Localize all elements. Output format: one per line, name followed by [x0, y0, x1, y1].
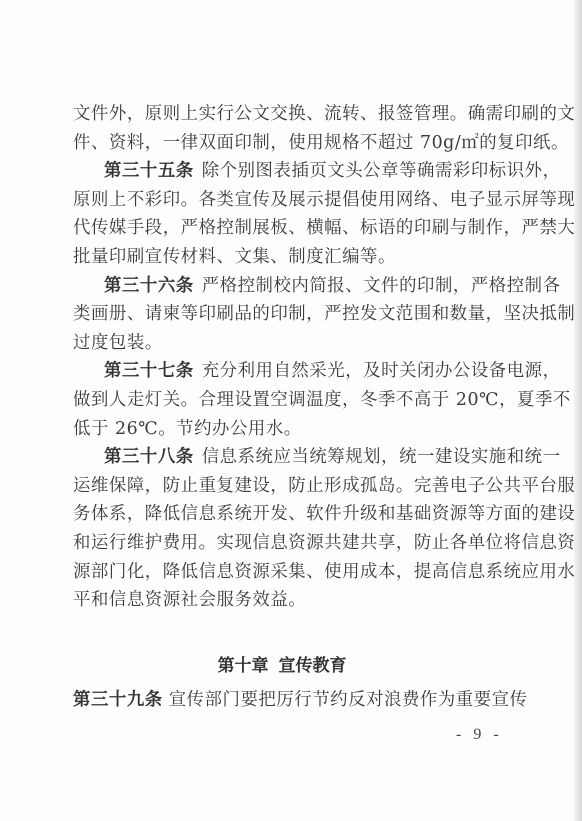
text-line: 类画册、请柬等印刷品的印制，严控发文范围和数量，坚决抵制: [73, 300, 503, 329]
article-39-first-line: 第三十九条宣传部门要把厉行节约反对浪费作为重要宣传: [73, 686, 528, 714]
article-label: 第三十五条: [104, 161, 194, 181]
text-line: 件、资料，一律双面印制，使用规格不超过 70g/㎡的复印纸。: [73, 129, 503, 158]
article-text: 充分利用自然采光，及时关闭办公设备电源，: [202, 361, 561, 381]
text-line: 文件外，原则上实行公文交换、流转、报签管理。确需印刷的文: [73, 100, 503, 129]
article-label: 第三十九条: [73, 690, 163, 710]
text-line: 代传媒手段，严格控制展板、横幅、标语的印刷与制作，严禁大: [73, 214, 503, 243]
article-label: 第三十六条: [104, 276, 194, 296]
article-text: 严格控制校内简报、文件的印制，严格控制各: [202, 276, 561, 296]
article-label: 第三十八条: [104, 447, 194, 467]
text-line: 务体系，降低信息系统开发、软件升级和基础资源等方面的建设: [73, 500, 503, 529]
text-line: 和运行维护费用。实现信息资源共建共享，防止各单位将信息资: [73, 529, 503, 558]
chapter-number: 第十章: [218, 656, 269, 676]
page-edge-shadow: [574, 0, 582, 821]
article-label: 第三十七条: [104, 361, 194, 381]
page-number: - 9 -: [456, 726, 503, 744]
text-line: 原则上不彩印。各类宣传及展示提倡使用网络、电子显示屏等现: [73, 186, 503, 215]
document-page: 文件外，原则上实行公文交换、流转、报签管理。确需印刷的文 件、资料，一律双面印制…: [0, 0, 574, 821]
text-line: 运维保障，防止重复建设，防止形成孤岛。完善电子公共平台服: [73, 472, 503, 501]
chapter-title: 宣传教育: [279, 656, 347, 676]
article-text: 宣传部门要把厉行节约反对浪费作为重要宣传: [169, 690, 528, 710]
article-37-first-line: 第三十七条充分利用自然采光，及时关闭办公设备电源，: [73, 357, 503, 386]
article-38-first-line: 第三十八条信息系统应当统筹规划，统一建设实施和统一: [73, 443, 503, 472]
article-35-first-line: 第三十五条除个别图表插页文头公章等确需彩印标识外，: [73, 157, 503, 186]
text-line: 批量印刷宣传材料、文集、制度汇编等。: [73, 243, 503, 272]
text-line: 平和信息资源社会服务效益。: [73, 586, 503, 615]
article-text: 除个别图表插页文头公章等确需彩印标识外，: [202, 161, 561, 181]
body-text: 文件外，原则上实行公文交换、流转、报签管理。确需印刷的文 件、资料，一律双面印制…: [73, 100, 503, 615]
text-line: 过度包装。: [73, 329, 503, 358]
chapter-heading: 第十章宣传教育: [0, 651, 574, 676]
text-line: 源部门化，降低信息资源采集、使用成本，提高信息系统应用水: [73, 558, 503, 587]
article-36-first-line: 第三十六条严格控制校内简报、文件的印制，严格控制各: [73, 272, 503, 301]
text-line: 低于 26℃。节约办公用水。: [73, 415, 503, 444]
text-line: 做到人走灯关。合理设置空调温度，冬季不高于 20℃，夏季不: [73, 386, 503, 415]
article-text: 信息系统应当统筹规划，统一建设实施和统一: [202, 447, 561, 467]
